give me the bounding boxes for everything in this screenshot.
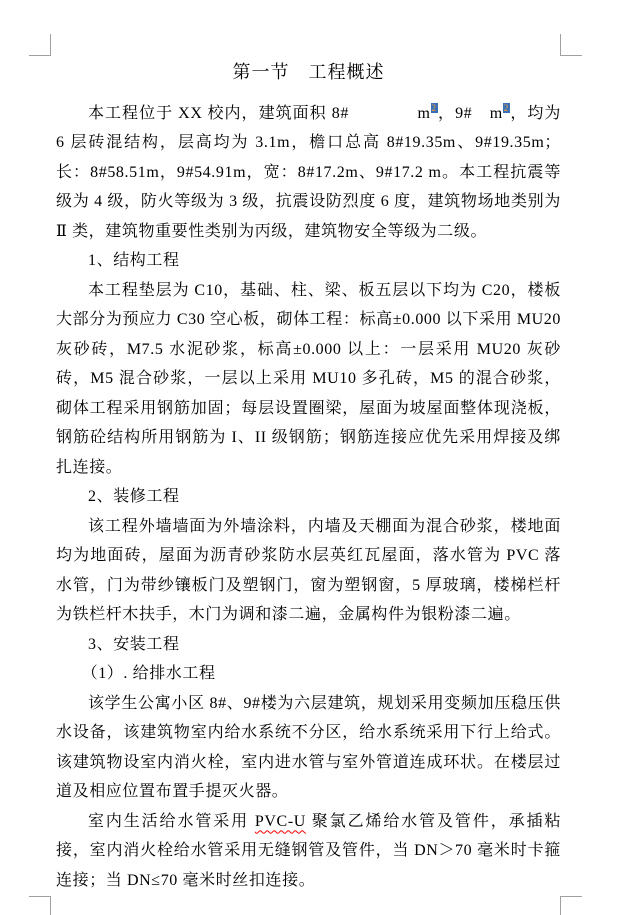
crop-mark-bottom-left-icon — [29, 896, 51, 915]
pipes-text-lead: 室内生活给水管采用 — [88, 813, 255, 830]
paragraph-pipe-materials: 室内生活给水管采用 PVC-U 聚氯乙烯给水管及管件，承插粘接，室内消火栓给水管… — [56, 807, 561, 896]
heading-structure-engineering: 1、结构工程 — [56, 246, 561, 276]
area-unit-2: m — [490, 105, 503, 122]
overview-text-lead: 本工程位于 XX 校内，建筑面积 8# — [88, 105, 417, 122]
heading-plumbing-engineering: （1）. 给排水工程 — [56, 659, 561, 689]
paragraph-water-supply: 该学生公寓小区 8#、9#楼为六层建筑，规划采用变频加压稳压供水设备，该建筑物室… — [56, 689, 561, 807]
crop-mark-top-right-icon — [560, 34, 582, 56]
overview-text-mid: ，9# — [438, 105, 490, 122]
spellcheck-flagged-term: PVC-U — [255, 813, 306, 830]
overview-text-rest: ，均为 6 层砖混结构，层高均为 3.1m，檐口总高 8#19.35m、9#19… — [56, 105, 561, 240]
heading-installation-engineering: 3、安装工程 — [56, 630, 561, 660]
paragraph-project-overview: 本工程位于 XX 校内，建筑面积 8# m2，9# m2，均为 6 层砖混结构，… — [56, 99, 561, 247]
document-page: 第一节 工程概述 本工程位于 XX 校内，建筑面积 8# m2，9# m2，均为… — [0, 0, 630, 915]
area-unit-1: m — [417, 105, 430, 122]
area-superscript-2: 2 — [503, 103, 510, 113]
document-body: 第一节 工程概述 本工程位于 XX 校内，建筑面积 8# m2，9# m2，均为… — [56, 58, 561, 895]
crop-mark-top-left-icon — [29, 34, 51, 56]
crop-mark-bottom-right-icon — [560, 896, 582, 915]
paragraph-decoration-engineering: 该工程外墙墙面为外墙涂料，内墙及天棚面为混合砂浆，楼地面均为地面砖，屋面为沥青砂… — [56, 512, 561, 630]
heading-decoration-engineering: 2、装修工程 — [56, 482, 561, 512]
section-title: 第一节 工程概述 — [56, 58, 561, 88]
area-superscript-1: 2 — [431, 103, 438, 113]
paragraph-structure-engineering: 本工程垫层为 C10，基础、柱、梁、板五层以下均为 C20，楼板大部分为预应力 … — [56, 276, 561, 483]
